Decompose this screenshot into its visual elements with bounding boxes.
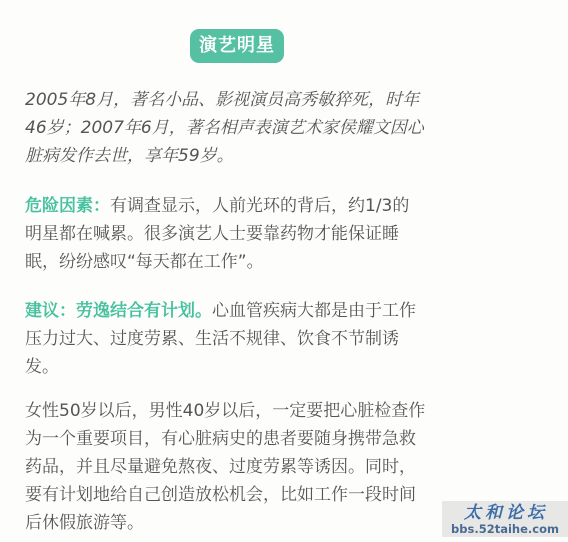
watermark-logo: 太和论坛	[442, 501, 568, 523]
section-badge: 演艺明星	[190, 29, 284, 63]
watermark-url: bbs.52taihe.com	[442, 523, 568, 536]
article-content: 演艺明星 2005年8月，著名小品、影视演员高秀敏猝死，时年 46岁；2007年…	[0, 29, 568, 537]
watermark: 太和论坛 bbs.52taihe.com	[442, 501, 568, 537]
risk-label: 危险因素：	[25, 196, 110, 216]
article-page: 演艺明星 2005年8月，著名小品、影视演员高秀敏猝死，时年 46岁；2007年…	[0, 0, 568, 542]
advice-label: 建议：劳逸结合有计划。	[25, 301, 212, 321]
intro-paragraph: 2005年8月，著名小品、影视演员高秀敏猝死，时年 46岁；2007年6月，著名…	[25, 86, 523, 170]
advice-paragraph: 建议：劳逸结合有计划。心血管疾病大都是由于工作 压力过大、过度劳累、生活不规律、…	[25, 297, 523, 381]
risk-paragraph: 危险因素：有调查显示，人前光环的背后，约1/3的 明星都在喊累。很多演艺人士要靠…	[25, 192, 523, 276]
